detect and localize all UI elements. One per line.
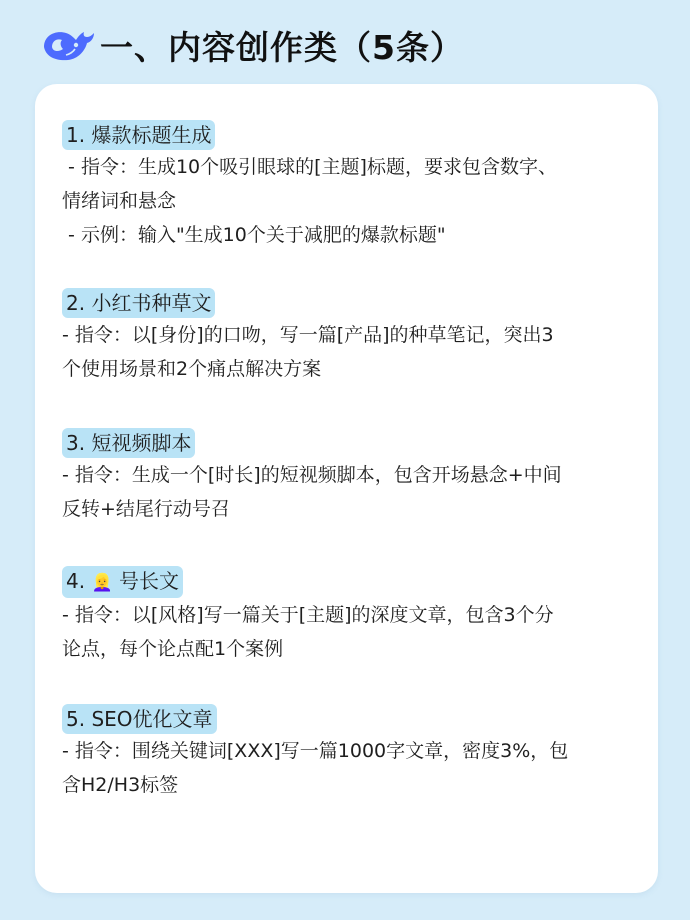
instruction-line: - 指令：以[风格]写一篇关于[主题]的深度文章，包含3个分 bbox=[62, 598, 638, 632]
instruction-line: 情绪词和悬念 bbox=[62, 184, 638, 218]
section-seo-article: 5. SEO优化文章 - 指令：围绕关键词[XXX]写一篇1000字文章，密度3… bbox=[62, 704, 638, 802]
section-short-video: 3. 短视频脚本 - 指令：生成一个[时长]的短视频脚本，包含开场悬念+中间 反… bbox=[62, 428, 638, 526]
section-title-suffix: 号长文 bbox=[113, 569, 179, 593]
section-viral-titles: 1. 爆款标题生成 - 指令：生成10个吸引眼球的[主题]标题，要求包含数字、 … bbox=[62, 120, 638, 252]
section-long-article: 4. 👱‍♀️ 号长文 - 指令：以[风格]写一篇关于[主题]的深度文章，包含3… bbox=[62, 566, 638, 666]
section-title: 3. 短视频脚本 bbox=[62, 428, 195, 458]
instruction-line: - 指令：生成10个吸引眼球的[主题]标题，要求包含数字、 bbox=[62, 150, 638, 184]
section-title-prefix: 4. bbox=[66, 569, 91, 593]
person-emoji-icon: 👱‍♀️ bbox=[91, 573, 112, 593]
header: 一、内容创作类（5条） bbox=[40, 18, 464, 72]
instruction-line: - 指令：以[身份]的口吻，写一篇[产品]的种草笔记，突出3 bbox=[62, 318, 638, 352]
content-card: 1. 爆款标题生成 - 指令：生成10个吸引眼球的[主题]标题，要求包含数字、 … bbox=[35, 84, 658, 893]
section-title: 5. SEO优化文章 bbox=[62, 704, 217, 734]
section-title: 1. 爆款标题生成 bbox=[62, 120, 215, 150]
whale-logo-icon bbox=[40, 25, 98, 65]
section-title: 4. 👱‍♀️ 号长文 bbox=[62, 566, 183, 598]
instruction-line: 含H2/H3标签 bbox=[62, 768, 638, 802]
instruction-line: 反转+结尾行动号召 bbox=[62, 492, 638, 526]
section-title: 2. 小红书种草文 bbox=[62, 288, 215, 318]
instruction-line: 论点，每个论点配1个案例 bbox=[62, 632, 638, 666]
section-xiaohongshu: 2. 小红书种草文 - 指令：以[身份]的口吻，写一篇[产品]的种草笔记，突出3… bbox=[62, 288, 638, 386]
page-title: 一、内容创作类（5条） bbox=[100, 22, 464, 69]
example-line: - 示例：输入"生成10个关于减肥的爆款标题" bbox=[62, 218, 638, 252]
instruction-line: 个使用场景和2个痛点解决方案 bbox=[62, 352, 638, 386]
instruction-line: - 指令：围绕关键词[XXX]写一篇1000字文章，密度3%，包 bbox=[62, 734, 638, 768]
instruction-line: - 指令：生成一个[时长]的短视频脚本，包含开场悬念+中间 bbox=[62, 458, 638, 492]
